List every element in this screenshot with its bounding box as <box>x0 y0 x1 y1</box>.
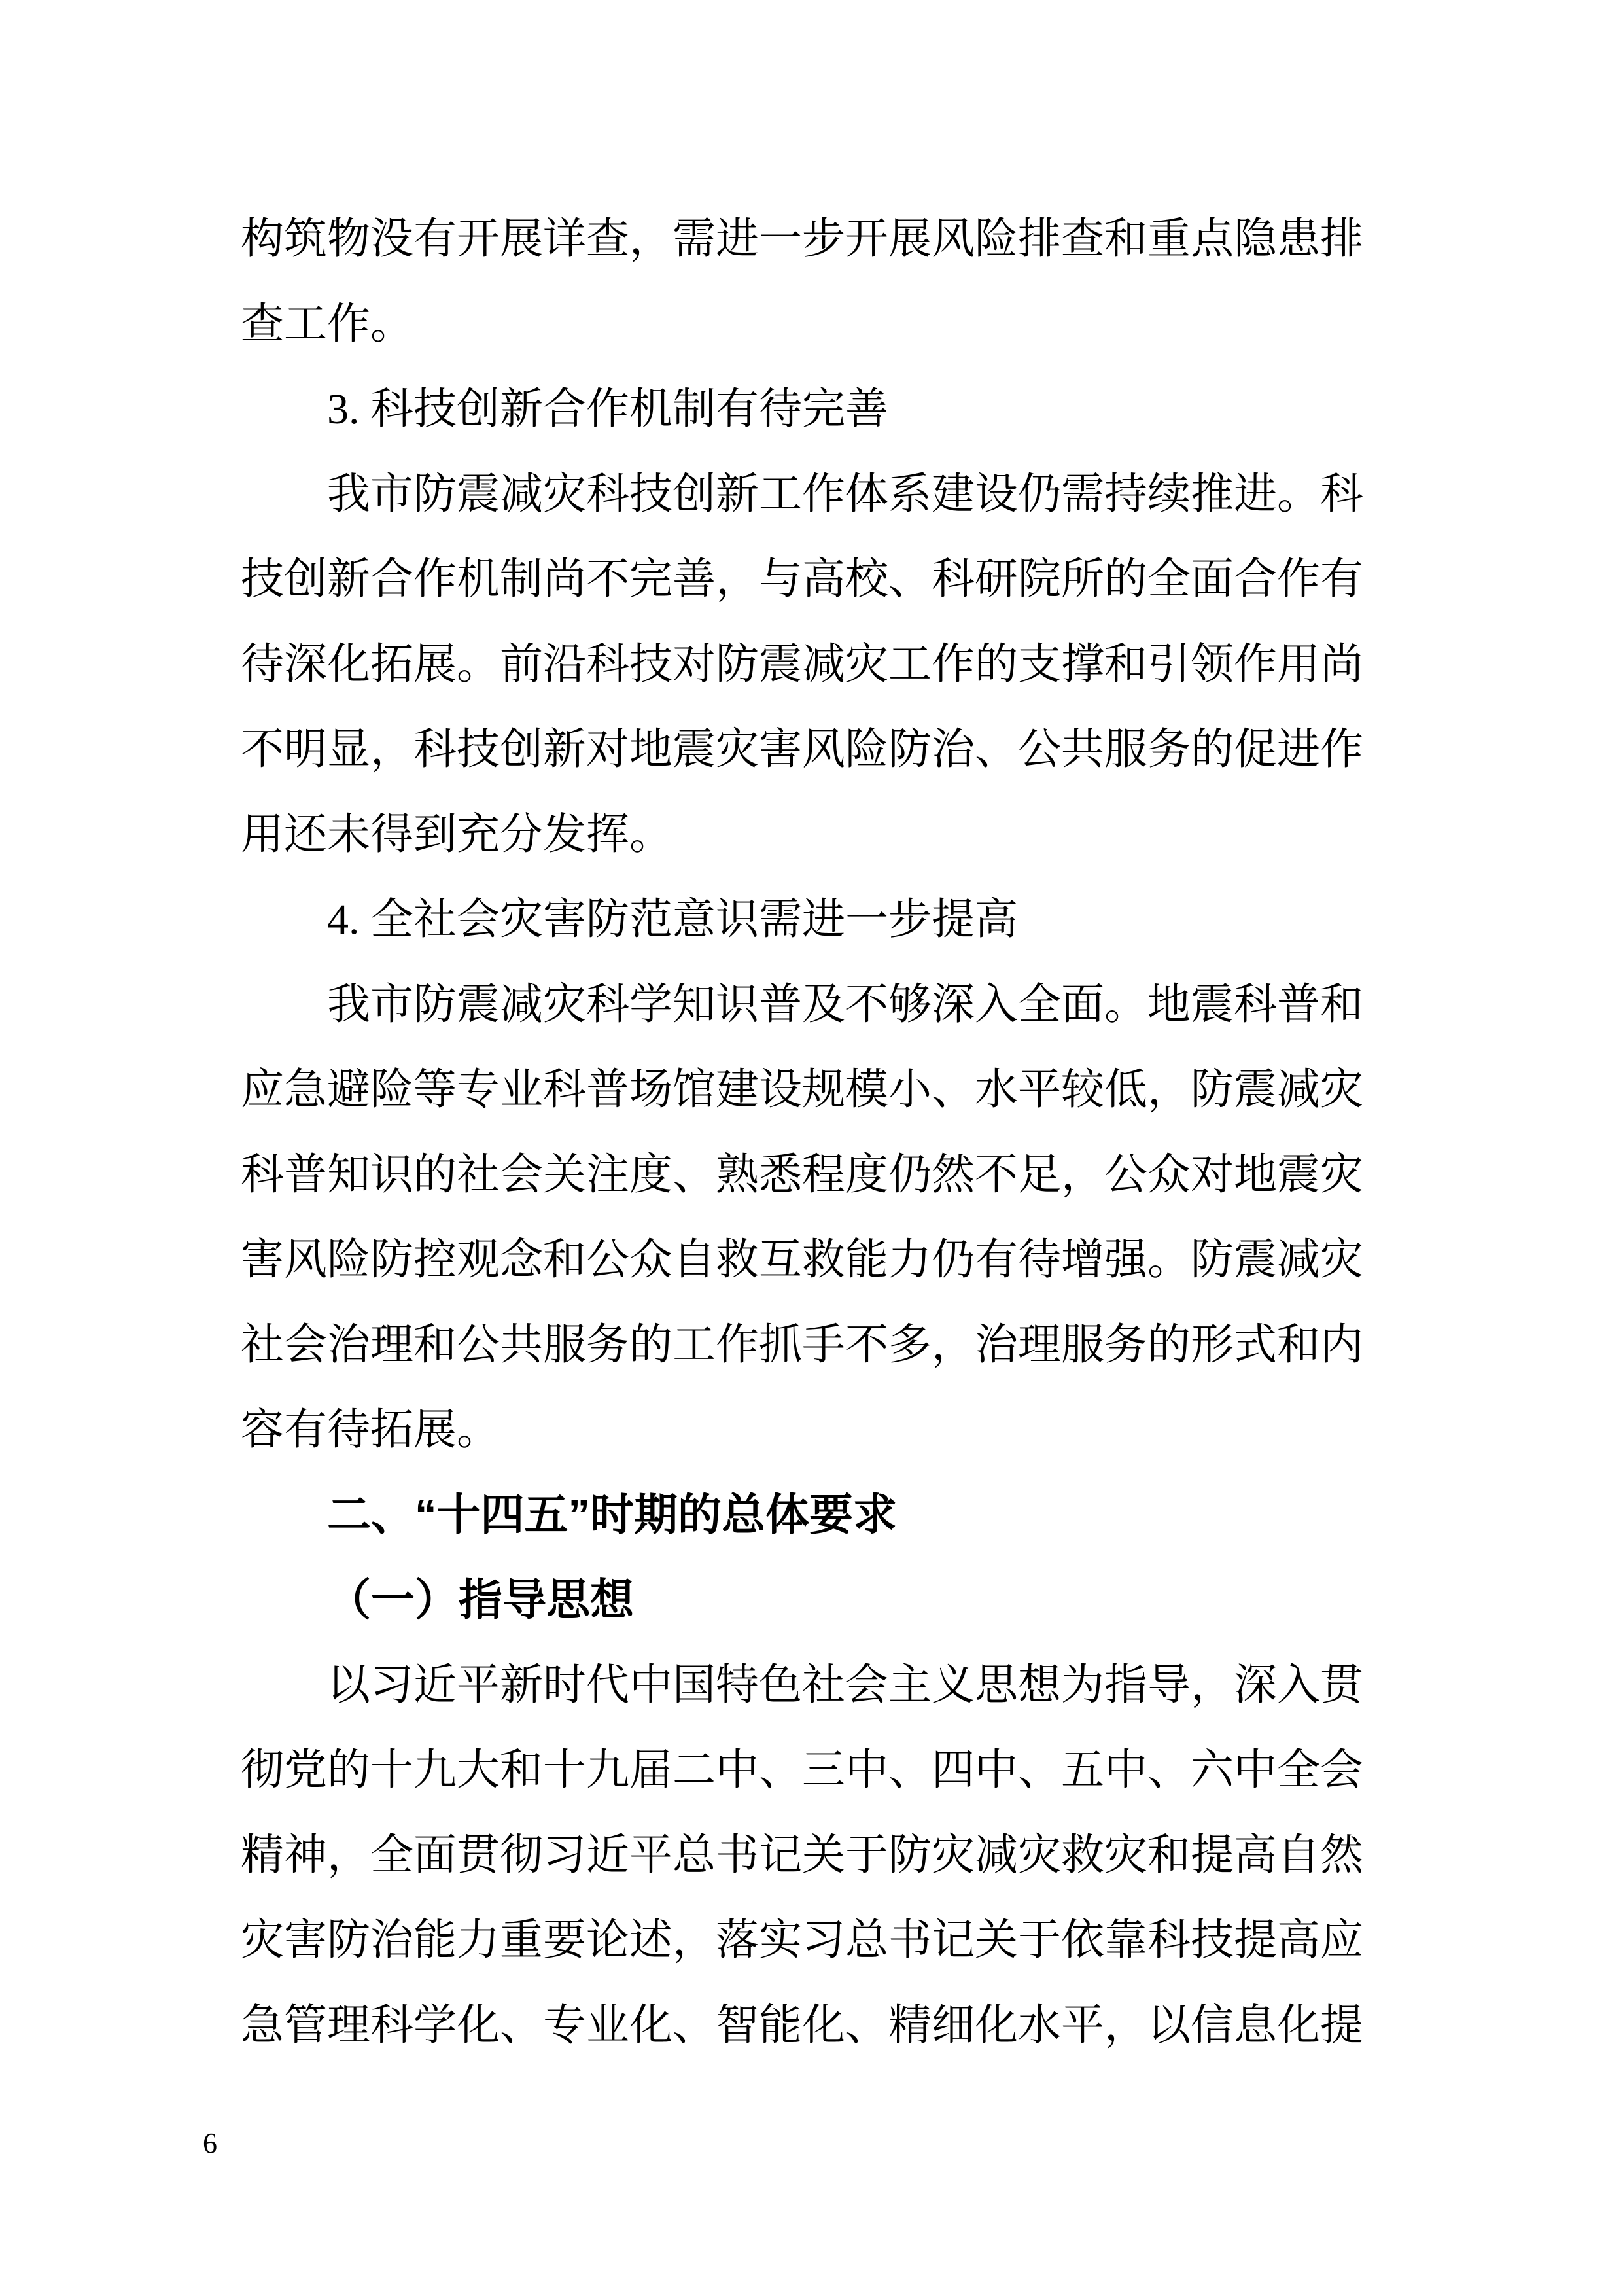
text-line: 不明显，科技创新对地震灾害风险防治、公共服务的促进作 <box>241 707 1366 792</box>
text-line: 技创新合作机制尚不完善，与高校、科研院所的全面合作有 <box>241 537 1366 622</box>
text-line: 科普知识的社会关注度、熟悉程度仍然不足，公众对地震灾 <box>241 1133 1366 1218</box>
numbered-item-heading: 4. 全社会灾害防范意识需进一步提高 <box>241 877 1366 963</box>
text-line: 社会治理和公共服务的工作抓手不多，治理服务的形式和内 <box>241 1303 1366 1388</box>
text-line: 容有待拓展。 <box>241 1388 1366 1473</box>
paragraph-first-line: 我市防震减灾科技创新工作体系建设仍需持续推进。科 <box>241 452 1366 537</box>
text-line: 构筑物没有开展详查，需进一步开展风险排查和重点隐患排 <box>241 197 1366 282</box>
paragraph-first-line: 我市防震减灾科学知识普及不够深入全面。地震科普和 <box>241 963 1366 1048</box>
document-page: 构筑物没有开展详查，需进一步开展风险排查和重点隐患排 查工作。 3. 科技创新合… <box>0 0 1623 2296</box>
text-line: 害风险防控观念和公众自救互救能力仍有待增强。防震减灾 <box>241 1218 1366 1303</box>
text-line: 用还未得到充分发挥。 <box>241 792 1366 877</box>
text-line: 待深化拓展。前沿科技对防震减灾工作的支撑和引领作用尚 <box>241 622 1366 707</box>
document-body: 构筑物没有开展详查，需进一步开展风险排查和重点隐患排 查工作。 3. 科技创新合… <box>241 197 1366 2068</box>
text-line: 查工作。 <box>241 282 1366 367</box>
text-line: 急管理科学化、专业化、智能化、精细化水平，以信息化提 <box>241 1983 1366 2068</box>
text-line: 彻党的十九大和十九届二中、三中、四中、五中、六中全会 <box>241 1728 1366 1813</box>
section-heading: 二、“十四五”时期的总体要求 <box>241 1473 1366 1558</box>
text-line: 精神，全面贯彻习近平总书记关于防灾减灾救灾和提高自然 <box>241 1813 1366 1898</box>
subsection-heading: （一）指导思想 <box>241 1558 1366 1643</box>
text-line: 灾害防治能力重要论述，落实习总书记关于依靠科技提高应 <box>241 1898 1366 1983</box>
paragraph-first-line: 以习近平新时代中国特色社会主义思想为指导，深入贯 <box>241 1643 1366 1728</box>
text-line: 应急避险等专业科普场馆建设规模小、水平较低，防震减灾 <box>241 1048 1366 1133</box>
numbered-item-heading: 3. 科技创新合作机制有待完善 <box>241 367 1366 452</box>
page-number: 6 <box>203 2125 217 2162</box>
